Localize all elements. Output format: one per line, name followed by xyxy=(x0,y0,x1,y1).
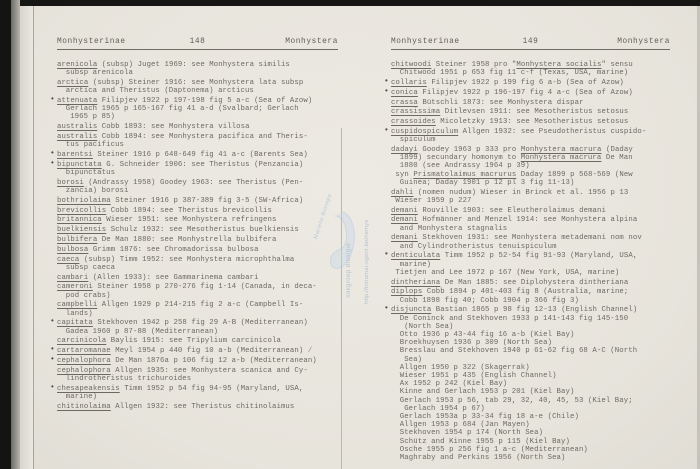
entry-text: Steiner 1958 pro "Monhystera socialis" s… xyxy=(431,61,633,69)
entry-text: Gerlach 1965 p 165-167 fig 41 a-d (Svalb… xyxy=(66,105,299,113)
entry-text: Allgen 1932: see Pseudotheristus cuspido… xyxy=(458,128,646,136)
entry-continuation-line: syn Prismatolaimus macrurus Daday 1899 p… xyxy=(391,171,670,179)
entry-continuation-line: Cobb 1898 fig 40; Cobb 1904 p 366 fig 3) xyxy=(391,297,670,305)
entry-first-line: bulbosa Grimm 1876: see Chromadorissa bu… xyxy=(57,246,338,254)
entry-continuation-line: Gerlach 1953a p 33-34 fig 18 a-e (Chile) xyxy=(391,413,670,421)
entry-first-line: carcinicola Baylis 1915: see Tripylium c… xyxy=(57,337,338,345)
entry-first-line: demani Hofmänner and Menzel 1914: see Mo… xyxy=(391,216,670,224)
entry-continuation-line: Gadea 1960 p 87-88 (Mediterranean) xyxy=(57,328,338,336)
entry-first-line: •cuspidospiculum Allgen 1932: see Pseudo… xyxy=(391,128,670,136)
species-term: caeca xyxy=(57,256,79,264)
underlined-taxon: Monhystera macrura xyxy=(521,154,602,162)
entry-text: Allgen 1950 p 322 (Skagerrak) xyxy=(400,364,530,372)
entry-text: Cobb 1893: see Monhystera villosa xyxy=(97,123,249,131)
entry-text: Ditlevsen 1911: see Mesotheristus setosu… xyxy=(440,108,628,116)
species-term: capitata xyxy=(57,319,93,327)
index-entry: demani Stekhoven 1931: see Monhystera me… xyxy=(391,234,670,250)
entry-first-line: crassoides Micoletzky 1913: see Mesother… xyxy=(391,118,670,126)
entry-text: Bresslau and Stekhoven 1940 p 61-62 fig … xyxy=(400,347,637,355)
entry-text: De Coninck and Stekhoven 1933 p 141-143 … xyxy=(400,315,628,323)
pencil-dot-icon: • xyxy=(384,78,389,86)
underlined-taxon: Monhystera macrura xyxy=(521,146,602,154)
entry-text: Stekhoven 1931: see Monhystera metademan… xyxy=(418,234,642,242)
entry-text: Filipjev 1922 p 197-198 fig 5 a-c (Sea o… xyxy=(97,97,312,105)
entry-text: 1965 p 85) xyxy=(70,113,115,121)
entry-continuation-line: Ax 1952 p 242 (Kiel Bay) xyxy=(391,380,670,388)
entry-text: Wieser 1959 p 227 xyxy=(395,197,471,205)
entry-text: Otto 1936 p 43-44 fig 16 a-b (Kiel Bay) xyxy=(400,331,575,339)
entry-continuation-line: pod crabs) xyxy=(57,292,338,300)
entry-continuation-line: Chitwood 1951 p 653 fig 11 c-f (Texas, U… xyxy=(391,69,670,77)
entry-text: marine) xyxy=(400,261,431,269)
entry-text: subsp caeca xyxy=(66,264,115,272)
entry-text: Sea) xyxy=(404,356,422,364)
entry-continuation-line: Gerlach 1953 p 56, tab 29, 32, 40, 45, 5… xyxy=(391,397,670,405)
entry-continuation-line: (North Sea) xyxy=(391,323,670,331)
index-entry: demani Hofmänner and Menzel 1914: see Mo… xyxy=(391,216,670,232)
index-entry: •cephalophora De Man 1876a p 106 fig 12 … xyxy=(57,357,338,365)
entry-text: lindrotheristus trichuroides xyxy=(66,375,191,383)
underlined-taxon: Monhystera socialis xyxy=(516,61,601,69)
entry-text: Rouville 1903: see Eleutherolaimus deman… xyxy=(418,207,606,215)
index-entry: crassa Bütschli 1873: see Monhystera dis… xyxy=(391,99,670,107)
species-term: barentsi xyxy=(57,151,93,159)
index-entry: diplops Cobb 1894 p 401-403 fig 8 (Austr… xyxy=(391,288,670,304)
entry-first-line: •attenuata Filipjev 1922 p 197-198 fig 5… xyxy=(57,97,338,105)
entry-first-line: brevicollis Cobb 1894: see Theristus bre… xyxy=(57,207,338,215)
book-binding-edge xyxy=(11,0,20,469)
index-entry: australis Cobb 1893: see Monhystera vill… xyxy=(57,123,338,131)
entry-text: lands) xyxy=(66,310,93,318)
page-right: Monhysterinae 149 Monhystera chitwoodi S… xyxy=(391,38,670,464)
entry-first-line: bothriolaima Steiner 1916 p 387-389 fig … xyxy=(57,197,338,205)
entry-continuation-line: Osche 1955 p 256 fig 1 a-c (Mediterranea… xyxy=(391,446,670,454)
entry-text: Meyl 1954 p 440 fig 10 a-b (Mediterranea… xyxy=(111,347,304,355)
entry-text: Baylis 1915: see Tripylium carcinicola xyxy=(106,337,281,345)
entry-text: Kinne and Gerlach 1953 p 201 (Kiel Bay) xyxy=(400,388,575,396)
species-term: cambari xyxy=(57,274,88,282)
index-entry: bulbifera De Man 1880: see Monhystrella … xyxy=(57,236,338,244)
entry-text: Chitwood 1951 p 653 fig 11 c-f (Texas, U… xyxy=(400,69,628,77)
species-term: denticulata xyxy=(391,252,440,260)
index-entry: britannica Wieser 1951: see Monhystera r… xyxy=(57,216,338,224)
entry-text: G. Schneider 1906: see Theristus (Penzan… xyxy=(102,161,304,169)
species-term: bulbosa xyxy=(57,246,88,254)
entry-continuation-line: zancia) borosi xyxy=(57,187,338,195)
entry-continuation-line: Wieser 1959 p 227 xyxy=(391,197,670,205)
species-term: crassoides xyxy=(391,118,436,126)
entry-text: Broekhuysen 1936 p 309 (North Sea) xyxy=(400,339,552,347)
entry-text: Gerlach 1954 p 67) xyxy=(404,405,485,413)
pencil-dot-icon: • xyxy=(50,318,55,326)
entry-first-line: bulbifera De Man 1880: see Monhystrella … xyxy=(57,236,338,244)
entry-first-line: •chesapeakensis Timm 1952 p 54 fig 94-95… xyxy=(57,385,338,393)
entry-continuation-line: tus pacificus xyxy=(57,141,338,149)
index-entry: dintheriana De Man 1885: see Diplohyster… xyxy=(391,279,670,287)
entry-continuation-line: subsp arenicola xyxy=(57,69,338,77)
entry-text: Schulz 1932: see Mesotheristus buelkiens… xyxy=(106,226,299,234)
entry-first-line: dahli (nomen nudum) Wieser in Brinck et … xyxy=(391,189,670,197)
entry-text: Grimm 1876: see Chromadorissa bulbosa xyxy=(88,246,258,254)
index-entry: •capitata Stekhoven 1942 p 258 fig 29 A-… xyxy=(57,319,338,335)
entry-text: Wieser 1951 p 435 (English Channel) xyxy=(400,372,557,380)
entry-text: Allgen 1929 p 214-215 fig 2 a-c (Campbel… xyxy=(97,301,303,309)
entry-continuation-line: and Cylindrotheristus tenuispiculum xyxy=(391,243,670,251)
entry-text: Maghraby and Perkins 1956 (North Sea) xyxy=(400,454,566,462)
species-term: campbelli xyxy=(57,301,97,309)
index-entry: arenicola (subsp) Juget 1969: see Monhys… xyxy=(57,61,338,77)
entry-continuation-line: and Monhystera stagnalis xyxy=(391,225,670,233)
entry-first-line: cameroni Steiner 1958 p 270-276 fig 1-14… xyxy=(57,283,338,291)
index-entry: bulbosa Grimm 1876: see Chromadorissa bu… xyxy=(57,246,338,254)
index-entry: caeca (subsp) Timm 1952: see Monhystera … xyxy=(57,256,338,272)
species-term: crassa xyxy=(391,99,418,107)
index-entry: arctica (subsp) Steiner 1916: see Monhys… xyxy=(57,79,338,95)
index-entry: dahli (nomen nudum) Wieser in Brinck et … xyxy=(391,189,670,205)
entry-text: Osche 1955 p 256 fig 1 a-c (Mediterranea… xyxy=(400,446,588,454)
entry-first-line: borosi (Andrassy 1958) Goodey 1963: see … xyxy=(57,179,338,187)
species-term: dintheriana xyxy=(391,279,440,287)
scan-edge-left xyxy=(0,0,11,469)
entry-text: (subsp) Juget 1969: see Monhystera simil… xyxy=(97,61,290,69)
entry-continuation-line: lands) xyxy=(57,310,338,318)
species-term: australis xyxy=(57,123,97,131)
pencil-dot-icon: • xyxy=(50,160,55,168)
entry-text: tus pacificus xyxy=(66,141,124,149)
index-entry: cephalophora Allgen 1935: see Monhystera… xyxy=(57,367,338,383)
entry-first-line: •collaris Filipjev 1922 p 199 fig 6 a-b … xyxy=(391,79,670,87)
entry-text: subsp arenicola xyxy=(66,69,133,77)
entry-continuation-line: Otto 1936 p 43-44 fig 16 a-b (Kiel Bay) xyxy=(391,331,670,339)
index-entry: brevicollis Cobb 1894: see Theristus bre… xyxy=(57,207,338,215)
index-entry: crassoides Micoletzky 1913: see Mesother… xyxy=(391,118,670,126)
entry-text: Steiner 1916 p 648-649 fig 41 a-c (Baren… xyxy=(93,151,308,159)
species-term: attenuata xyxy=(57,97,97,105)
pencil-dot-icon: • xyxy=(50,384,55,392)
entry-text: Allgen 1932: see Theristus chitinolaimus xyxy=(111,403,295,411)
entry-first-line: arenicola (subsp) Juget 1969: see Monhys… xyxy=(57,61,338,69)
pencil-dot-icon: • xyxy=(50,150,55,158)
underlined-taxon: Prismatolaimus macrurus xyxy=(413,171,516,179)
page-number-left: 148 xyxy=(57,38,338,46)
index-entries-left: arenicola (subsp) Juget 1969: see Monhys… xyxy=(57,61,338,411)
index-entries-right: chitwoodi Steiner 1958 pro "Monhystera s… xyxy=(391,61,670,462)
species-term: bulbifera xyxy=(57,236,97,244)
entry-first-line: •denticulata Timm 1952 p 52-54 fig 91-93… xyxy=(391,252,670,260)
pencil-slash-mark: / xyxy=(303,347,312,355)
entry-text: De Man 1880: see Monhystrella bulbifera xyxy=(97,236,276,244)
index-entry: •collaris Filipjev 1922 p 199 fig 6 a-b … xyxy=(391,79,670,87)
page-header-left: Monhysterinae 148 Monhystera xyxy=(57,38,338,46)
entry-text: 1880 (see Andrassy 1964 p 39) xyxy=(400,162,530,170)
pencil-dot-icon: • xyxy=(50,96,55,104)
entry-text: Cobb 1894: see Monhystera pacifica and T… xyxy=(97,133,308,141)
species-term: cephalophora xyxy=(57,357,111,365)
entry-text: zancia) borosi xyxy=(66,187,129,195)
entry-first-line: australis Cobb 1893: see Monhystera vill… xyxy=(57,123,338,131)
entry-text: Tietjen and Lee 1972 p 167 (New York, US… xyxy=(395,269,619,277)
entry-text: Timm 1952 p 52-54 fig 91-93 (Maryland, U… xyxy=(440,252,637,260)
entry-text: and Cylindrotheristus tenuispiculum xyxy=(400,243,557,251)
pencil-dot-icon: • xyxy=(384,251,389,259)
entry-text: (nomen nudum) Wieser in Brinck et al. 19… xyxy=(413,189,628,197)
species-term: arctica xyxy=(57,79,88,87)
index-entry: chitwoodi Steiner 1958 pro "Monhystera s… xyxy=(391,61,670,77)
pencil-dot-icon: • xyxy=(384,127,389,135)
entry-text: De Man 1876a p 106 fig 12 a-b (Mediterra… xyxy=(111,357,317,365)
entry-text: Bütschli 1873: see Monhystera dispar xyxy=(418,99,584,107)
watermark-vakgroep-text: Vakgroep Biologie xyxy=(346,192,352,298)
index-entry: australis Cobb 1894: see Monhystera paci… xyxy=(57,133,338,149)
entry-first-line: campbelli Allgen 1929 p 214-215 fig 2 a-… xyxy=(57,301,338,309)
library-stamp-watermark: Mariene Biologie Vakgroep Biologie http:… xyxy=(319,186,383,304)
index-entry: bothriolaima Steiner 1916 p 387-389 fig … xyxy=(57,197,338,205)
species-term: britannica xyxy=(57,216,102,224)
entry-text: Guinea; Daday 1901 p 12 pl 3 fig 11-13) xyxy=(400,179,575,187)
species-term: diplops xyxy=(391,288,422,296)
entry-first-line: crassa Bütschli 1873: see Monhystera dis… xyxy=(391,99,670,107)
species-term: arenicola xyxy=(57,61,97,69)
entry-first-line: •capitata Stekhoven 1942 p 258 fig 29 A-… xyxy=(57,319,338,327)
index-entry: chitinolaima Allgen 1932: see Theristus … xyxy=(57,403,338,411)
entry-text: Micoletzky 1913: see Mesotheristus setos… xyxy=(436,118,629,126)
entry-text: marine) xyxy=(66,393,97,401)
entry-text: Gerlach 1953 p 56, tab 29, 32, 40, 45, 5… xyxy=(400,397,633,405)
entry-first-line: •cartaromanae Meyl 1954 p 440 fig 10 a-b… xyxy=(57,347,338,355)
entry-continuation-line: lindrotheristus trichuroides xyxy=(57,375,338,383)
species-term: borosi xyxy=(57,179,84,187)
index-entry: •disjuncta Bastian 1865 p 98 fig 12-13 (… xyxy=(391,306,670,462)
entry-text: Gadea 1960 p 87-88 (Mediterranean) xyxy=(66,328,218,336)
entry-continuation-line: Sea) xyxy=(391,356,670,364)
page-stack-shadow xyxy=(20,6,33,469)
entry-text: Steiner 1958 p 270-276 fig 1-14 (Canada,… xyxy=(93,283,317,291)
index-entry: carcinicola Baylis 1915: see Tripylium c… xyxy=(57,337,338,345)
entry-text: Wieser 1951: see Monhystera refringens xyxy=(102,216,277,224)
entry-text: pod crabs) xyxy=(66,292,111,300)
index-entry: campbelli Allgen 1929 p 214-215 fig 2 a-… xyxy=(57,301,338,317)
entry-continuation-line: Wieser 1951 p 435 (English Channel) xyxy=(391,372,670,380)
entry-continuation-line: De Coninck and Stekhoven 1933 p 141-143 … xyxy=(391,315,670,323)
entry-first-line: dadayi Goodey 1963 p 333 pro Monhystera … xyxy=(391,146,670,154)
entry-continuation-line: 1899) secundary homonym to Monhystera ma… xyxy=(391,154,670,162)
entry-first-line: •conica Filipjev 1922 p 196-197 fig 4 a-… xyxy=(391,89,670,97)
entry-text: 1899) secundary homonym to Monhystera ma… xyxy=(400,154,633,162)
entry-text: De Man 1885: see Diplohystera dintherian… xyxy=(440,279,628,287)
species-term: chitwoodi xyxy=(391,61,431,69)
pencil-dot-icon: • xyxy=(384,305,389,313)
entry-first-line: •barentsi Steiner 1916 p 648-649 fig 41 … xyxy=(57,151,338,159)
entry-first-line: chitwoodi Steiner 1958 pro "Monhystera s… xyxy=(391,61,670,69)
entry-continuation-line: Maghraby and Perkins 1956 (North Sea) xyxy=(391,454,670,462)
entry-text: Timm 1952 p 54 fig 94-95 (Maryland, USA, xyxy=(120,385,304,393)
page-header-right: Monhysterinae 149 Monhystera xyxy=(391,38,670,46)
entry-first-line: demani Stekhoven 1931: see Monhystera me… xyxy=(391,234,670,242)
stamp-logo-icon xyxy=(319,208,365,278)
index-entry: •bipunctata G. Schneider 1906: see Theri… xyxy=(57,161,338,177)
entry-text: spiculum xyxy=(400,136,436,144)
entry-text: Cobb 1894 p 401-403 fig 8 (Australia, ma… xyxy=(422,288,628,296)
species-term: conica xyxy=(391,89,418,97)
entry-first-line: arctica (subsp) Steiner 1916: see Monhys… xyxy=(57,79,338,87)
entry-first-line: dintheriana De Man 1885: see Diplohyster… xyxy=(391,279,670,287)
entry-first-line: caeca (subsp) Timm 1952: see Monhystera … xyxy=(57,256,338,264)
entry-first-line: australis Cobb 1894: see Monhystera paci… xyxy=(57,133,338,141)
entry-text: Allgen 1935: see Monhystera scanica and … xyxy=(111,367,308,375)
species-term: dahli xyxy=(391,189,413,197)
species-term: carcinicola xyxy=(57,337,106,345)
entry-text: (subsp) Steiner 1916: see Monhystera lat… xyxy=(88,79,303,87)
index-entry: borosi (Andrassy 1958) Goodey 1963: see … xyxy=(57,179,338,195)
pencil-dot-icon: • xyxy=(384,88,389,96)
entry-text: Hofmänner and Menzel 1914: see Monhyster… xyxy=(418,216,637,224)
entry-continuation-line: subsp caeca xyxy=(57,264,338,272)
index-entry: dadayi Goodey 1963 p 333 pro Monhystera … xyxy=(391,146,670,187)
species-term: bothriolaima xyxy=(57,197,111,205)
pencil-dot-icon: • xyxy=(50,346,55,354)
species-term: collaris xyxy=(391,79,427,87)
index-entry: •cartaromanae Meyl 1954 p 440 fig 10 a-b… xyxy=(57,347,338,355)
entry-first-line: britannica Wieser 1951: see Monhystera r… xyxy=(57,216,338,224)
entry-text: Steiner 1916 p 387-389 fig 3-5 (SW-Afric… xyxy=(111,197,304,205)
entry-continuation-line: Kinne and Gerlach 1953 p 201 (Kiel Bay) xyxy=(391,388,670,396)
entry-text: Schütz and Kinne 1955 p 115 (Kiel Bay) xyxy=(400,438,570,446)
species-term: cameroni xyxy=(57,283,93,291)
index-entry: buelkiensis Schulz 1932: see Mesotherist… xyxy=(57,226,338,234)
entry-text: Ax 1952 p 242 (Kiel Bay) xyxy=(400,380,508,388)
entry-text: Gerlach 1953a p 33-34 fig 18 a-e (Chile) xyxy=(400,413,579,421)
species-term: australis xyxy=(57,133,97,141)
pencil-dot-icon: • xyxy=(50,356,55,364)
entry-continuation-line: Guinea; Daday 1901 p 12 pl 3 fig 11-13) xyxy=(391,179,670,187)
entry-text: bipunctatus xyxy=(66,169,115,177)
entry-continuation-line: marine) xyxy=(57,393,338,401)
species-term: demani xyxy=(391,207,418,215)
entry-first-line: cephalophora Allgen 1935: see Monhystera… xyxy=(57,367,338,375)
entry-first-line: diplops Cobb 1894 p 401-403 fig 8 (Austr… xyxy=(391,288,670,296)
entry-text: syn Prismatolaimus macrurus Daday 1899 p… xyxy=(395,171,632,179)
entry-text: Goodey 1963 p 333 pro Monhystera macrura… xyxy=(418,146,633,154)
index-entry: •conica Filipjev 1922 p 196-197 fig 4 a-… xyxy=(391,89,670,97)
entry-first-line: demani Rouville 1903: see Eleutherolaimu… xyxy=(391,207,670,215)
entry-text: Stekhoven 1954 p 174 (North Sea) xyxy=(400,429,543,437)
entry-continuation-line: Tietjen and Lee 1972 p 167 (New York, US… xyxy=(391,269,670,277)
entry-text: Allgen 1953 p 684 (Jan Mayen) xyxy=(400,421,530,429)
entry-continuation-line: Schütz and Kinne 1955 p 115 (Kiel Bay) xyxy=(391,438,670,446)
entry-first-line: buelkiensis Schulz 1932: see Mesotherist… xyxy=(57,226,338,234)
species-term: chitinolaima xyxy=(57,403,111,411)
entry-text: Bastian 1865 p 98 fig 12-13 (English Cha… xyxy=(431,306,637,314)
watermark-url-text: http://intramar.ugent.be/nemys xyxy=(364,186,370,304)
species-term: demani xyxy=(391,234,418,242)
species-term: cartaromanae xyxy=(57,347,111,355)
index-entry: demani Rouville 1903: see Eleutherolaimu… xyxy=(391,207,670,215)
entry-continuation-line: Allgen 1950 p 322 (Skagerrak) xyxy=(391,364,670,372)
species-term: cephalophora xyxy=(57,367,111,375)
page-number-right: 149 xyxy=(391,38,670,46)
index-entry: •chesapeakensis Timm 1952 p 54 fig 94-95… xyxy=(57,385,338,401)
entry-text: (subsp) Timm 1952: see Monhystera microp… xyxy=(79,256,294,264)
entry-continuation-line: Bresslau and Stekhoven 1940 p 61-62 fig … xyxy=(391,347,670,355)
page-edge-line xyxy=(33,6,34,469)
scan-edge-top xyxy=(0,0,700,6)
entry-text: Cobb 1894: see Theristus brevicollis xyxy=(106,207,272,215)
species-term: buelkiensis xyxy=(57,226,106,234)
entry-text: Cobb 1898 fig 40; Cobb 1904 p 366 fig 3) xyxy=(400,297,579,305)
entry-continuation-line: 1880 (see Andrassy 1964 p 39) xyxy=(391,162,670,170)
entry-first-line: chitinolaima Allgen 1932: see Theristus … xyxy=(57,403,338,411)
index-entry: •denticulata Timm 1952 p 52-54 fig 91-93… xyxy=(391,252,670,277)
page-left: Monhysterinae 148 Monhystera arenicola (… xyxy=(57,38,338,413)
entry-continuation-line: Gerlach 1954 p 67) xyxy=(391,405,670,413)
species-term: dadayi xyxy=(391,146,418,154)
entry-text: (Andrassy 1958) Goodey 1963: see Therist… xyxy=(84,179,303,187)
entry-text: Stekhoven 1942 p 258 fig 29 A-B (Mediter… xyxy=(93,319,308,327)
entry-continuation-line: 1965 p 85) xyxy=(57,113,338,121)
species-term: bipunctata xyxy=(57,161,102,169)
entry-text: arctica and Theristus (Daptonema) arctic… xyxy=(66,87,254,95)
entry-text: (Allen 1933): see Gammarinema cambari xyxy=(88,274,258,282)
entry-continuation-line: Allgen 1953 p 684 (Jan Mayen) xyxy=(391,421,670,429)
index-entry: crassissima Ditlevsen 1911: see Mesother… xyxy=(391,108,670,116)
index-entry: cambari (Allen 1933): see Gammarinema ca… xyxy=(57,274,338,282)
header-rule-right xyxy=(391,49,670,50)
entry-continuation-line: spiculum xyxy=(391,136,670,144)
index-entry: •attenuata Filipjev 1922 p 197-198 fig 5… xyxy=(57,97,338,122)
entry-continuation-line: Stekhoven 1954 p 174 (North Sea) xyxy=(391,429,670,437)
species-term: brevicollis xyxy=(57,207,106,215)
entry-continuation-line: marine) xyxy=(391,261,670,269)
entry-first-line: •disjuncta Bastian 1865 p 98 fig 12-13 (… xyxy=(391,306,670,314)
entry-text: Filipjev 1922 p 199 fig 6 a-b (Sea of Az… xyxy=(427,79,624,87)
entry-text: Filipjev 1922 p 196-197 fig 4 a-c (Sea o… xyxy=(418,89,633,97)
entry-continuation-line: bipunctatus xyxy=(57,169,338,177)
species-term: demani xyxy=(391,216,418,224)
entry-first-line: crassissima Ditlevsen 1911: see Mesother… xyxy=(391,108,670,116)
index-entry: cameroni Steiner 1958 p 270-276 fig 1-14… xyxy=(57,283,338,299)
species-term: disjuncta xyxy=(391,306,431,314)
entry-first-line: •bipunctata G. Schneider 1906: see Theri… xyxy=(57,161,338,169)
header-rule-left xyxy=(57,49,338,50)
index-entry: •cuspidospiculum Allgen 1932: see Pseudo… xyxy=(391,128,670,144)
species-term: cuspidospiculum xyxy=(391,128,458,136)
entry-continuation-line: Gerlach 1965 p 165-167 fig 41 a-d (Svalb… xyxy=(57,105,338,113)
entry-first-line: cambari (Allen 1933): see Gammarinema ca… xyxy=(57,274,338,282)
entry-first-line: •cephalophora De Man 1876a p 106 fig 12 … xyxy=(57,357,338,365)
entry-text: (North Sea) xyxy=(404,323,453,331)
species-term: chesapeakensis xyxy=(57,385,120,393)
entry-continuation-line: Broekhuysen 1936 p 309 (North Sea) xyxy=(391,339,670,347)
species-term: crassissima xyxy=(391,108,440,116)
entry-continuation-line: arctica and Theristus (Daptonema) arctic… xyxy=(57,87,338,95)
entry-text: and Monhystera stagnalis xyxy=(400,225,508,233)
index-entry: •barentsi Steiner 1916 p 648-649 fig 41 … xyxy=(57,151,338,159)
